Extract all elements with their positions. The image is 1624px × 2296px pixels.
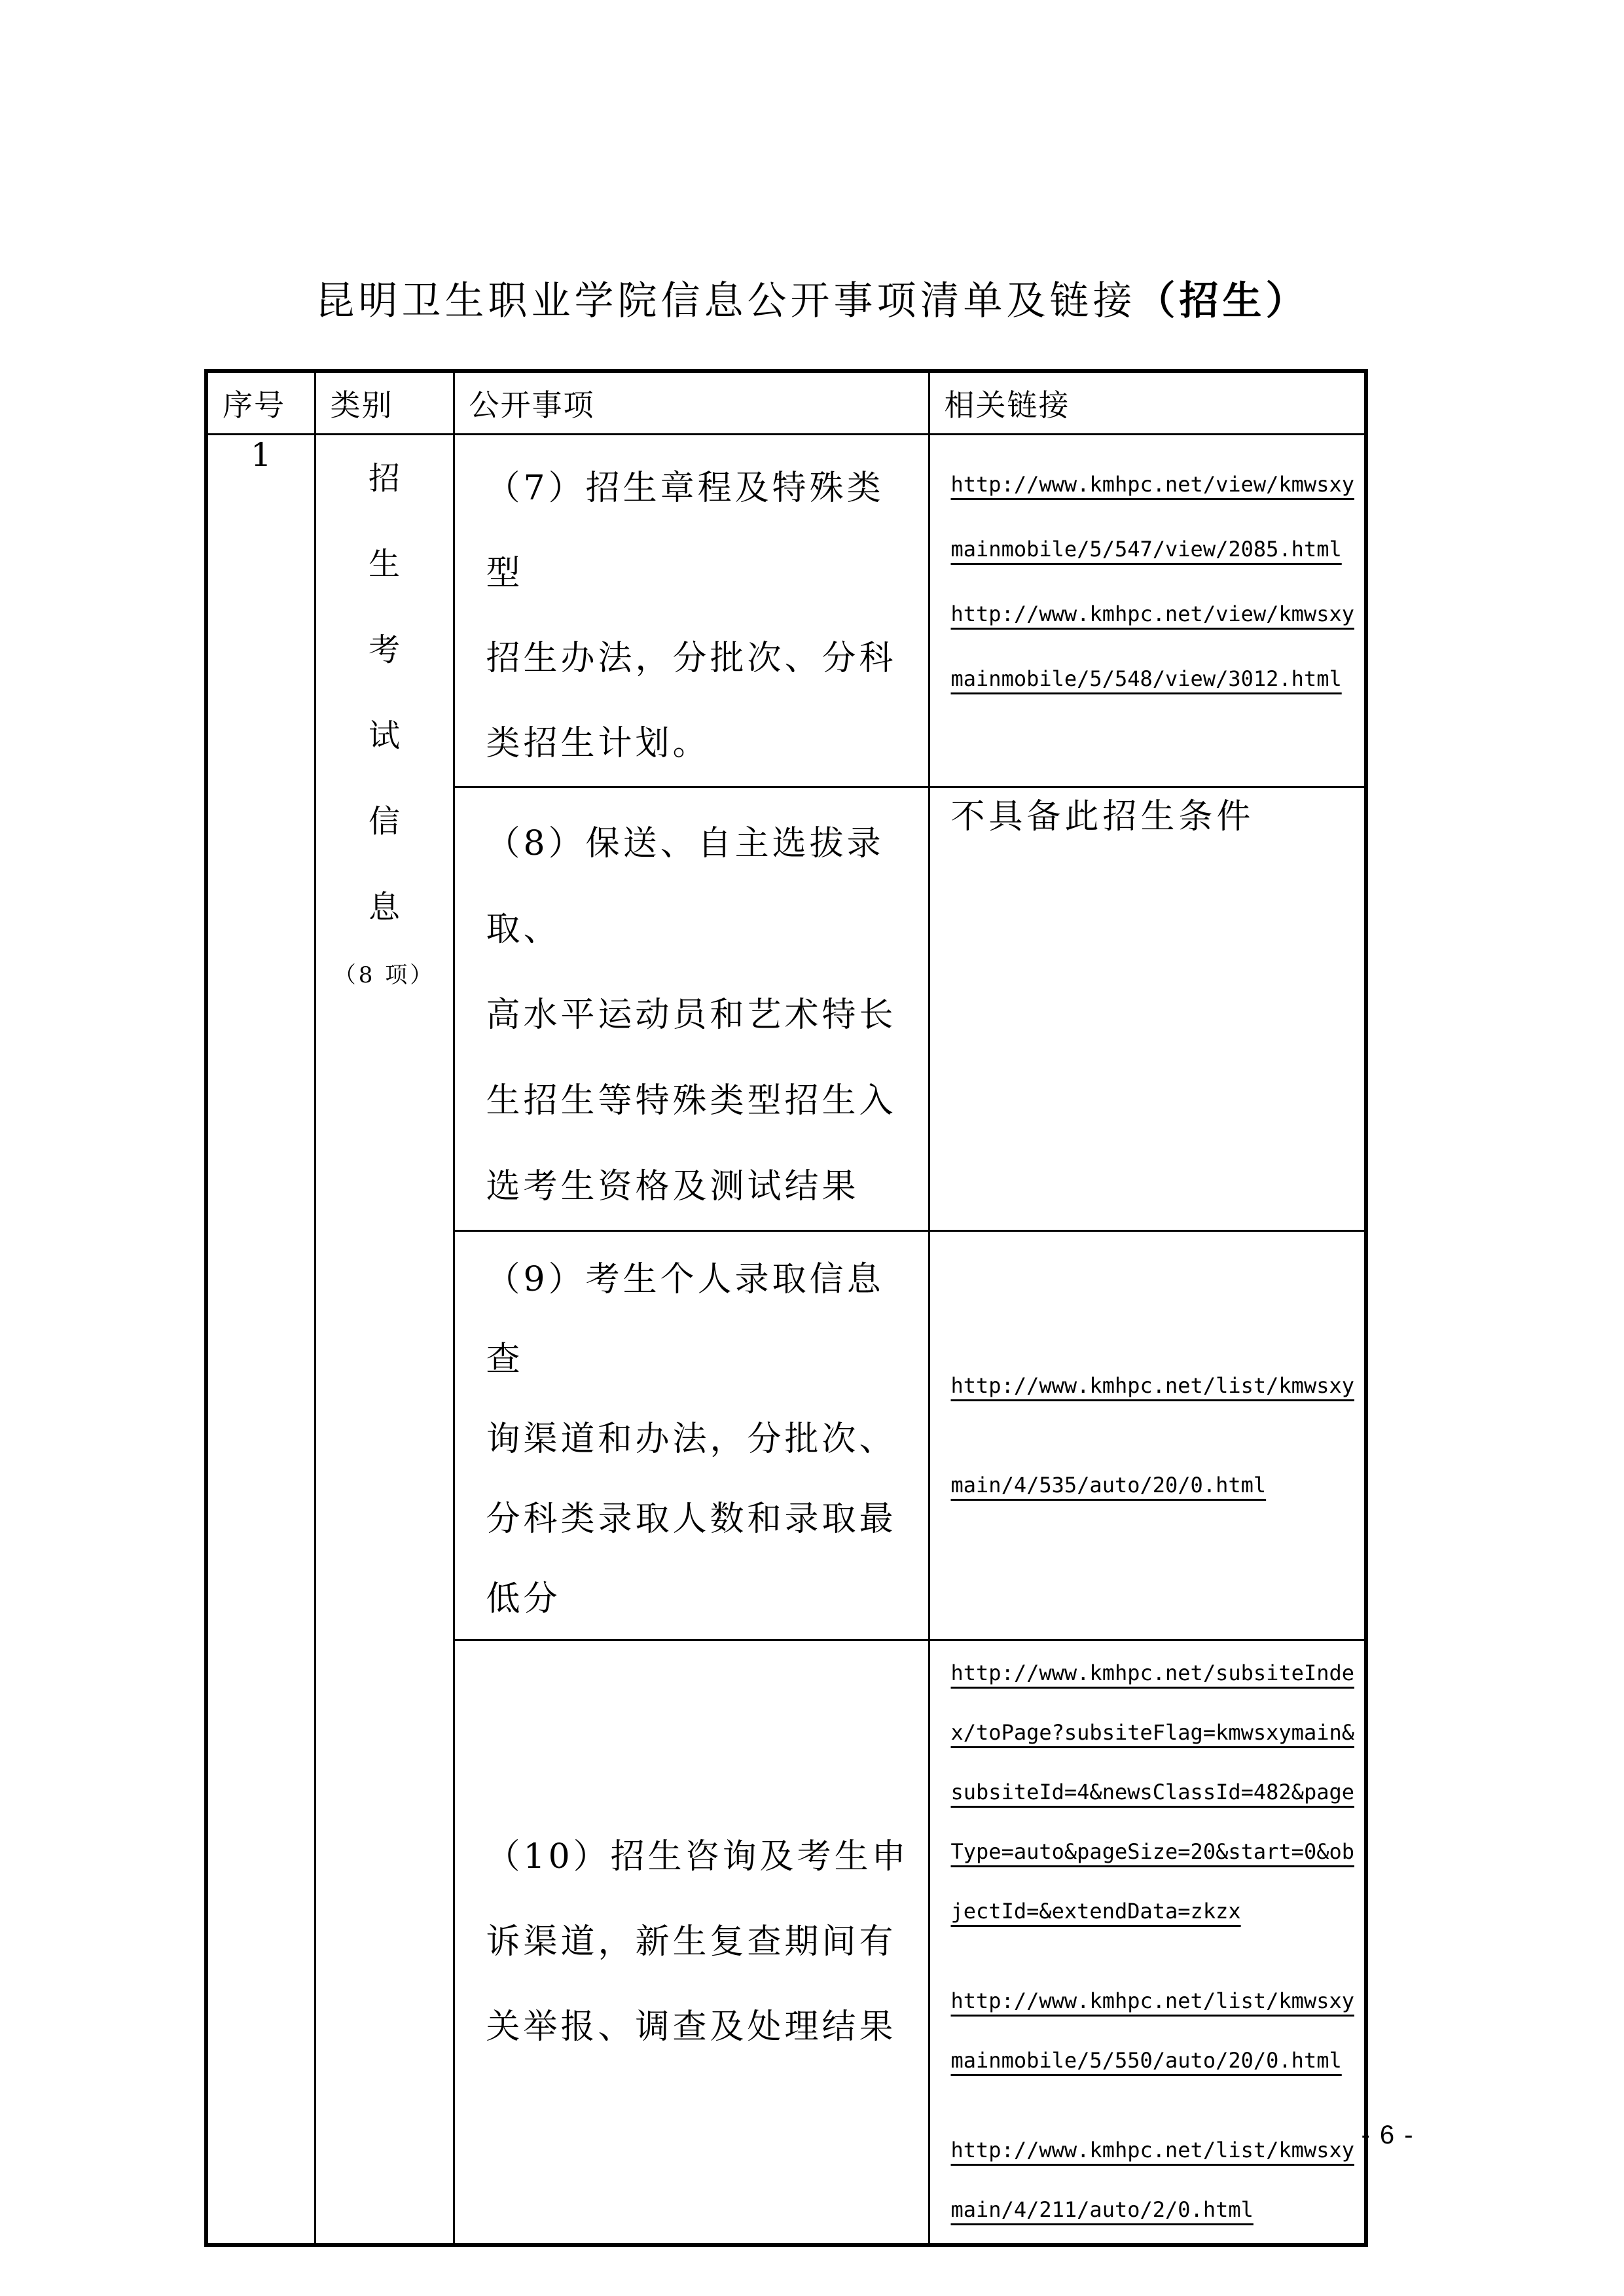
header-category: 类别	[315, 371, 454, 435]
item8-note-cell: 不具备此招生条件	[929, 787, 1366, 1231]
link-url[interactable]: jectId=&extendData=zkzx	[951, 1899, 1241, 1924]
item8-line: 选考生资格及测试结果	[486, 1144, 912, 1230]
header-links: 相关链接	[929, 371, 1366, 435]
header-index: 序号	[206, 371, 315, 435]
link-url[interactable]: x/toPage?subsiteFlag=kmwsxymain&	[951, 1720, 1355, 1745]
document-page: 昆明卫生职业学院信息公开事项清单及链接（招生） 序号 类别 公开事项 相关链接 …	[0, 0, 1624, 2296]
info-disclosure-table: 序号 类别 公开事项 相关链接 1 招 生 考 试 信 息 （8 项） （7）招…	[204, 369, 1368, 2247]
item8-line: 高水平运动员和艺术特长	[486, 973, 912, 1058]
link-url[interactable]: http://www.kmhpc.net/list/kmwsxy	[951, 1988, 1355, 2013]
item9-line: 询渠道和办法，分批次、	[486, 1399, 912, 1479]
table-row-item7: 1 招 生 考 试 信 息 （8 项） （7）招生章程及特殊类型 招生办法，分批…	[206, 435, 1366, 787]
link-url[interactable]: http://www.kmhpc.net/list/kmwsxy	[951, 2138, 1355, 2162]
item9-line: 低分	[486, 1559, 912, 1639]
category-char: 息	[317, 865, 452, 950]
item7-line: 类招生计划。	[486, 701, 912, 786]
page-title-main: 昆明卫生职业学院信息公开事项清单及链接	[316, 278, 1136, 324]
link-url[interactable]: Type=auto&pageSize=20&start=0&ob	[951, 1839, 1355, 1864]
category-char: 考	[317, 607, 452, 693]
category-char: 试	[317, 693, 452, 779]
category-char: 生	[317, 522, 452, 607]
item10-cell: （10）招生咨询及考生申 诉渠道，新生复查期间有 关举报、调查及处理结果	[454, 1640, 929, 2245]
link-url[interactable]: main/4/211/auto/2/0.html	[951, 2197, 1254, 2222]
item7-cell: （7）招生章程及特殊类型 招生办法，分批次、分科 类招生计划。	[454, 435, 929, 787]
link-url[interactable]: main/4/535/auto/20/0.html	[951, 1473, 1267, 1498]
item10-line: 诉渠道，新生复查期间有	[486, 1899, 912, 1984]
page-number: - 6 -	[1303, 2121, 1473, 2150]
category-char: 招	[317, 436, 452, 522]
item7-line: （7）招生章程及特殊类型	[486, 446, 912, 616]
link-group: http://www.kmhpc.net/list/kmwsxy mainmob…	[951, 1971, 1360, 2090]
link-url[interactable]: http://www.kmhpc.net/view/kmwsxy	[951, 472, 1355, 497]
item10-line: 关举报、调查及处理结果	[486, 1984, 912, 2070]
page-title-highlight: （招生）	[1136, 278, 1309, 324]
link-url[interactable]: mainmobile/5/547/view/2085.html	[951, 537, 1342, 562]
link-url[interactable]: mainmobile/5/550/auto/20/0.html	[951, 2048, 1342, 2073]
item9-line: （9）考生个人录取信息查	[486, 1240, 912, 1399]
link-url[interactable]: subsiteId=4&newsClassId=482&page	[951, 1780, 1355, 1804]
item8-line: 生招生等特殊类型招生入	[486, 1058, 912, 1144]
category-count-note: （8 项）	[317, 954, 452, 996]
category-char: 信	[317, 779, 452, 865]
table-header-row: 序号 类别 公开事项 相关链接	[206, 371, 1366, 435]
item10-links-cell: http://www.kmhpc.net/subsiteInde x/toPag…	[929, 1640, 1366, 2245]
item9-links-cell: http://www.kmhpc.net/list/kmwsxy main/4/…	[929, 1231, 1366, 1640]
link-url[interactable]: http://www.kmhpc.net/subsiteInde	[951, 1660, 1355, 1685]
item9-cell: （9）考生个人录取信息查 询渠道和办法，分批次、 分科类录取人数和录取最 低分	[454, 1231, 929, 1640]
category-cell: 招 生 考 试 信 息 （8 项）	[315, 435, 454, 2245]
link-url[interactable]: http://www.kmhpc.net/list/kmwsxy	[951, 1373, 1355, 1398]
item8-cell: （8）保送、自主选拔录取、 高水平运动员和艺术特长 生招生等特殊类型招生入 选考…	[454, 787, 929, 1231]
item7-line: 招生办法，分批次、分科	[486, 616, 912, 701]
index-cell: 1	[206, 435, 315, 2245]
item10-line: （10）招生咨询及考生申	[486, 1814, 912, 1899]
item7-links-cell: http://www.kmhpc.net/view/kmwsxy mainmob…	[929, 435, 1366, 787]
item8-line: （8）保送、自主选拔录取、	[486, 801, 912, 973]
link-group: http://www.kmhpc.net/subsiteInde x/toPag…	[951, 1643, 1360, 1941]
link-url[interactable]: http://www.kmhpc.net/view/kmwsxy	[951, 601, 1355, 626]
link-url[interactable]: mainmobile/5/548/view/3012.html	[951, 666, 1342, 691]
header-item: 公开事项	[454, 371, 929, 435]
item9-line: 分科类录取人数和录取最	[486, 1479, 912, 1559]
link-group: http://www.kmhpc.net/list/kmwsxy main/4/…	[951, 2121, 1360, 2240]
page-title: 昆明卫生职业学院信息公开事项清单及链接（招生）	[0, 275, 1624, 327]
